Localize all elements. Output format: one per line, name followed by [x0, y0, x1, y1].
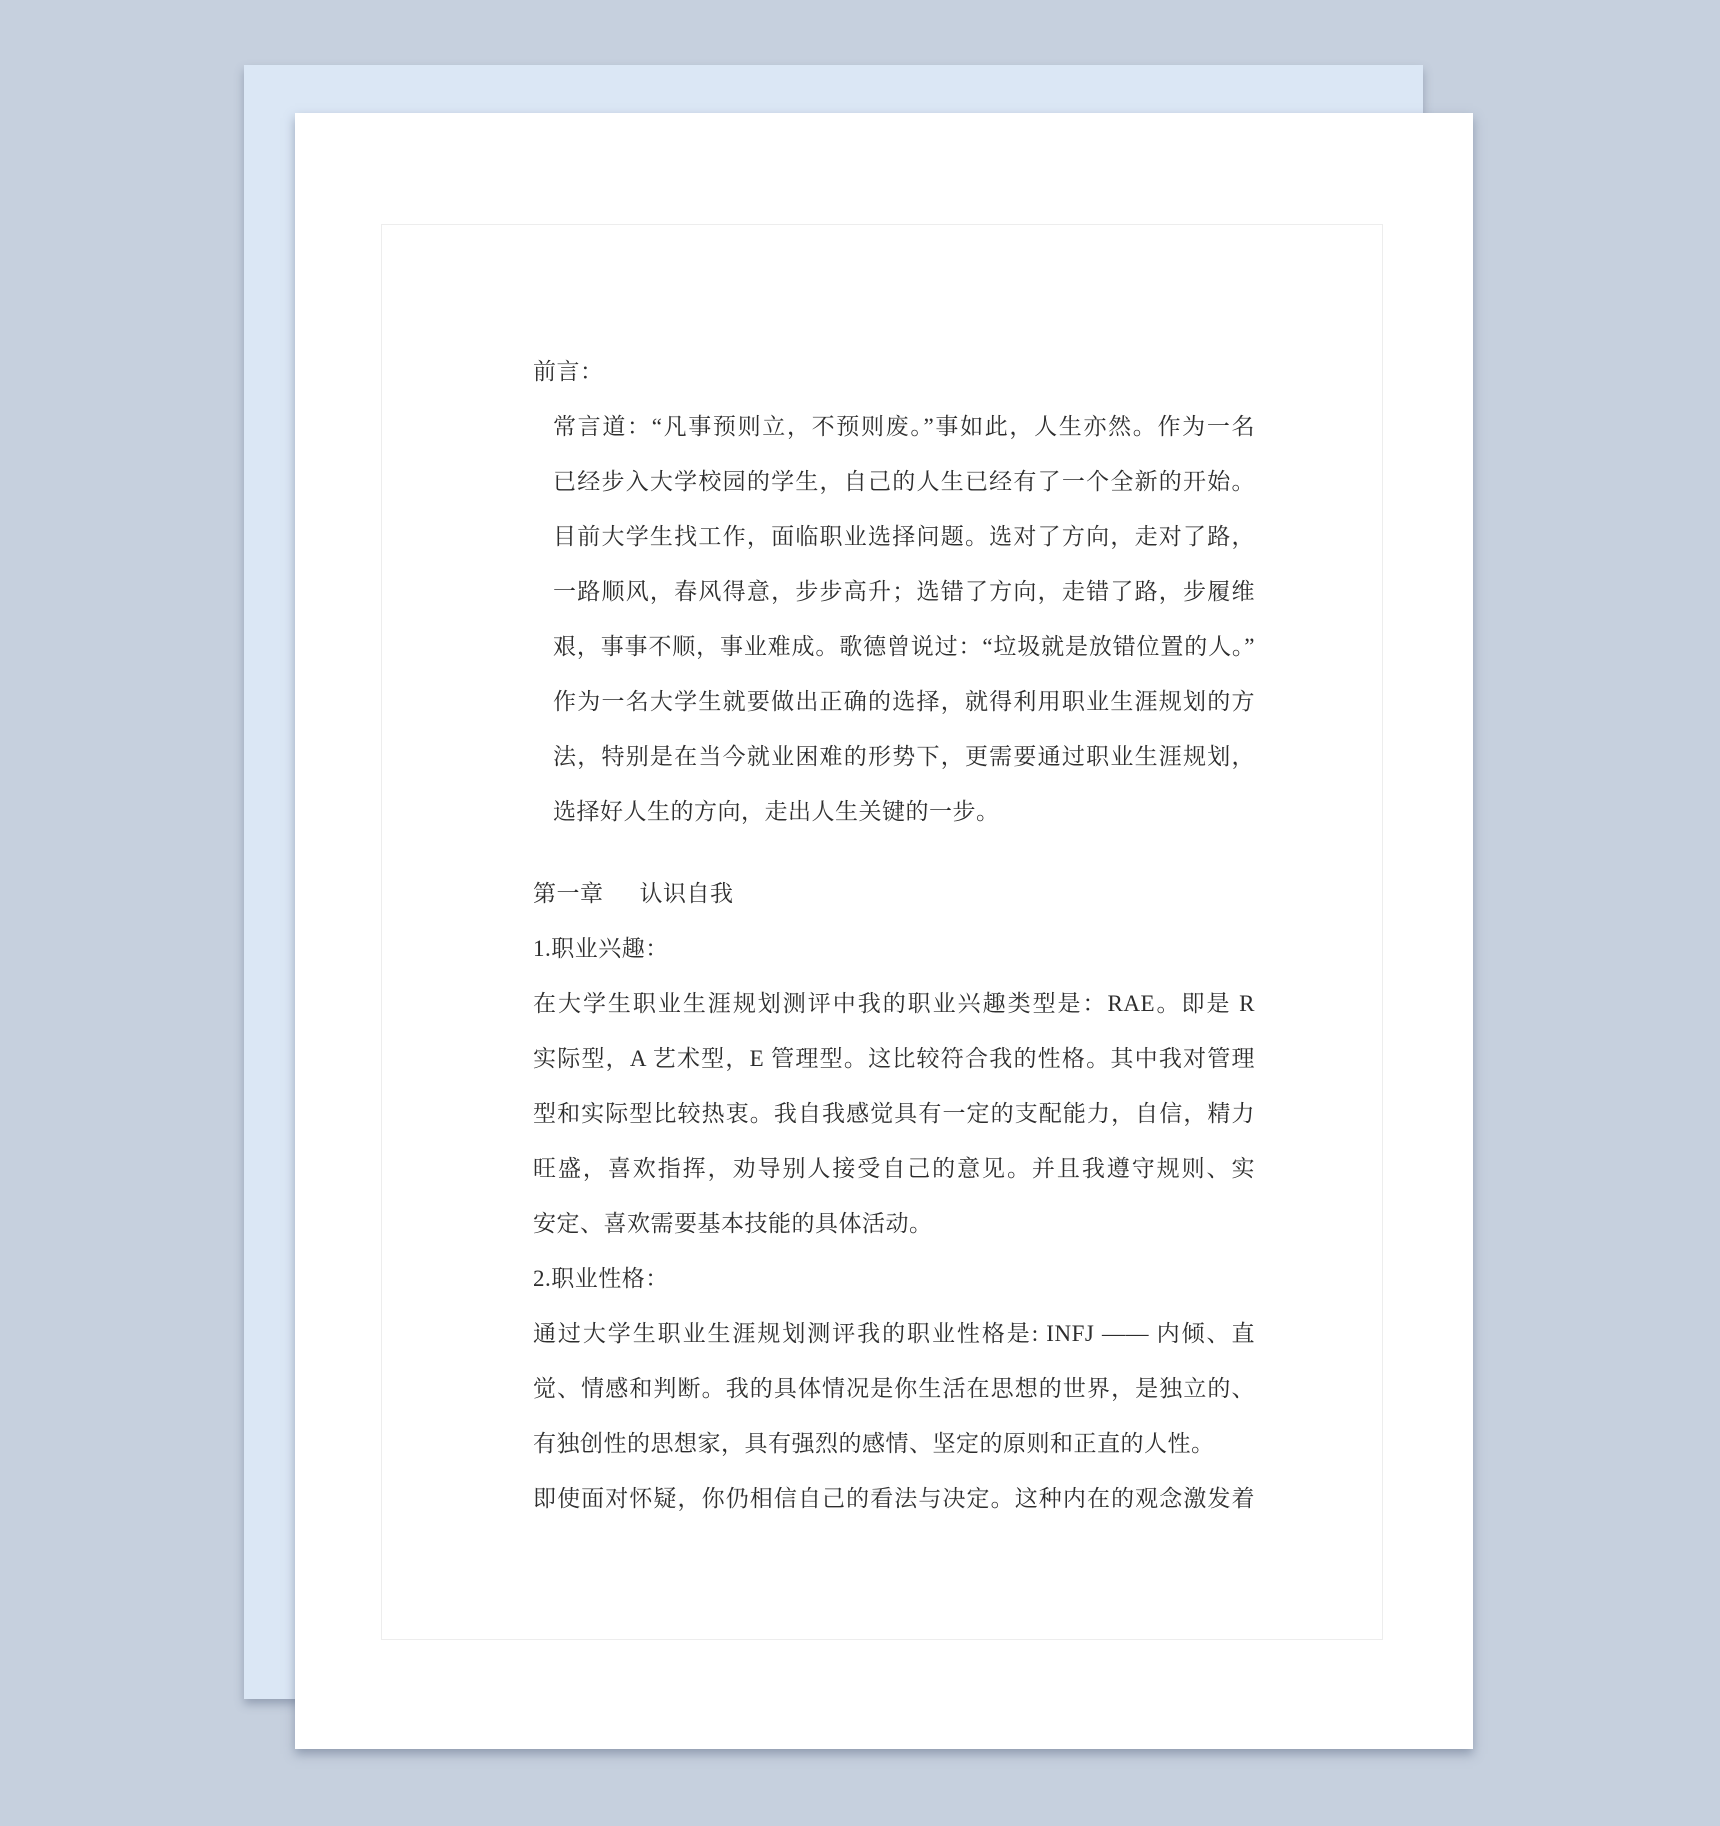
preface-title: 前言： [533, 344, 1255, 399]
section1-heading: 1.职业兴趣： [533, 921, 1255, 976]
text-line: 目前大学生找工作，面临职业选择问题。选对了方向，走对了路， [553, 509, 1255, 564]
text-line: 觉、情感和判断。我的具体情况是你生活在思想的世界，是独立的、 [533, 1361, 1255, 1416]
text-line: 旺盛，喜欢指挥，劝导别人接受自己的意见。并且我遵守规则、实际、 [533, 1141, 1255, 1196]
text-line: 已经步入大学校园的学生，自己的人生已经有了一个全新的开始。 [553, 454, 1255, 509]
text-line: 在大学生职业生涯规划测评中我的职业兴趣类型是：RAE。即是 R [533, 976, 1255, 1031]
document-page: 前言： 常言道：“凡事预则立，不预则废。”事如此，人生亦然。作为一名 已经步入大… [295, 113, 1473, 1749]
text-line: 即使面对怀疑，你仍相信自己的看法与决定。这种内在的观念激发着 [533, 1471, 1255, 1526]
text-line: 通过大学生职业生涯规划测评我的职业性格是: INFJ —— 内倾、直 [533, 1306, 1255, 1361]
text-line: 有独创性的思想家，具有强烈的感情、坚定的原则和正直的人性。 [533, 1416, 1255, 1471]
text-line: 法，特别是在当今就业困难的形势下，更需要通过职业生涯规划， [553, 729, 1255, 784]
chapter-heading: 第一章认识自我 [533, 866, 1255, 921]
chapter-title: 认识自我 [640, 881, 734, 906]
text-line: 艰，事事不顺，事业难成。歌德曾说过：“垃圾就是放错位置的人。” [553, 619, 1255, 674]
text-line: 型和实际型比较热衷。我自我感觉具有一定的支配能力，自信，精力 [533, 1086, 1255, 1141]
chapter-number: 第一章 [533, 881, 604, 906]
text-line: 安定、喜欢需要基本技能的具体活动。 [533, 1196, 1255, 1251]
text-line: 选择好人生的方向，走出人生关键的一步。 [553, 784, 1255, 839]
text-line: 实际型，A 艺术型，E 管理型。这比较符合我的性格。其中我对管理 [533, 1031, 1255, 1086]
paragraph-gap [533, 839, 1255, 866]
text-line: 一路顺风，春风得意，步步高升；选错了方向，走错了路，步履维 [553, 564, 1255, 619]
text-line: 作为一名大学生就要做出正确的选择，就得利用职业生涯规划的方 [553, 674, 1255, 729]
section2-heading: 2.职业性格： [533, 1251, 1255, 1306]
text-line: 常言道：“凡事预则立，不预则废。”事如此，人生亦然。作为一名 [553, 399, 1255, 454]
preface-paragraph: 常言道：“凡事预则立，不预则废。”事如此，人生亦然。作为一名 已经步入大学校园的… [553, 399, 1255, 839]
document-content: 前言： 常言道：“凡事预则立，不预则废。”事如此，人生亦然。作为一名 已经步入大… [533, 344, 1255, 1526]
